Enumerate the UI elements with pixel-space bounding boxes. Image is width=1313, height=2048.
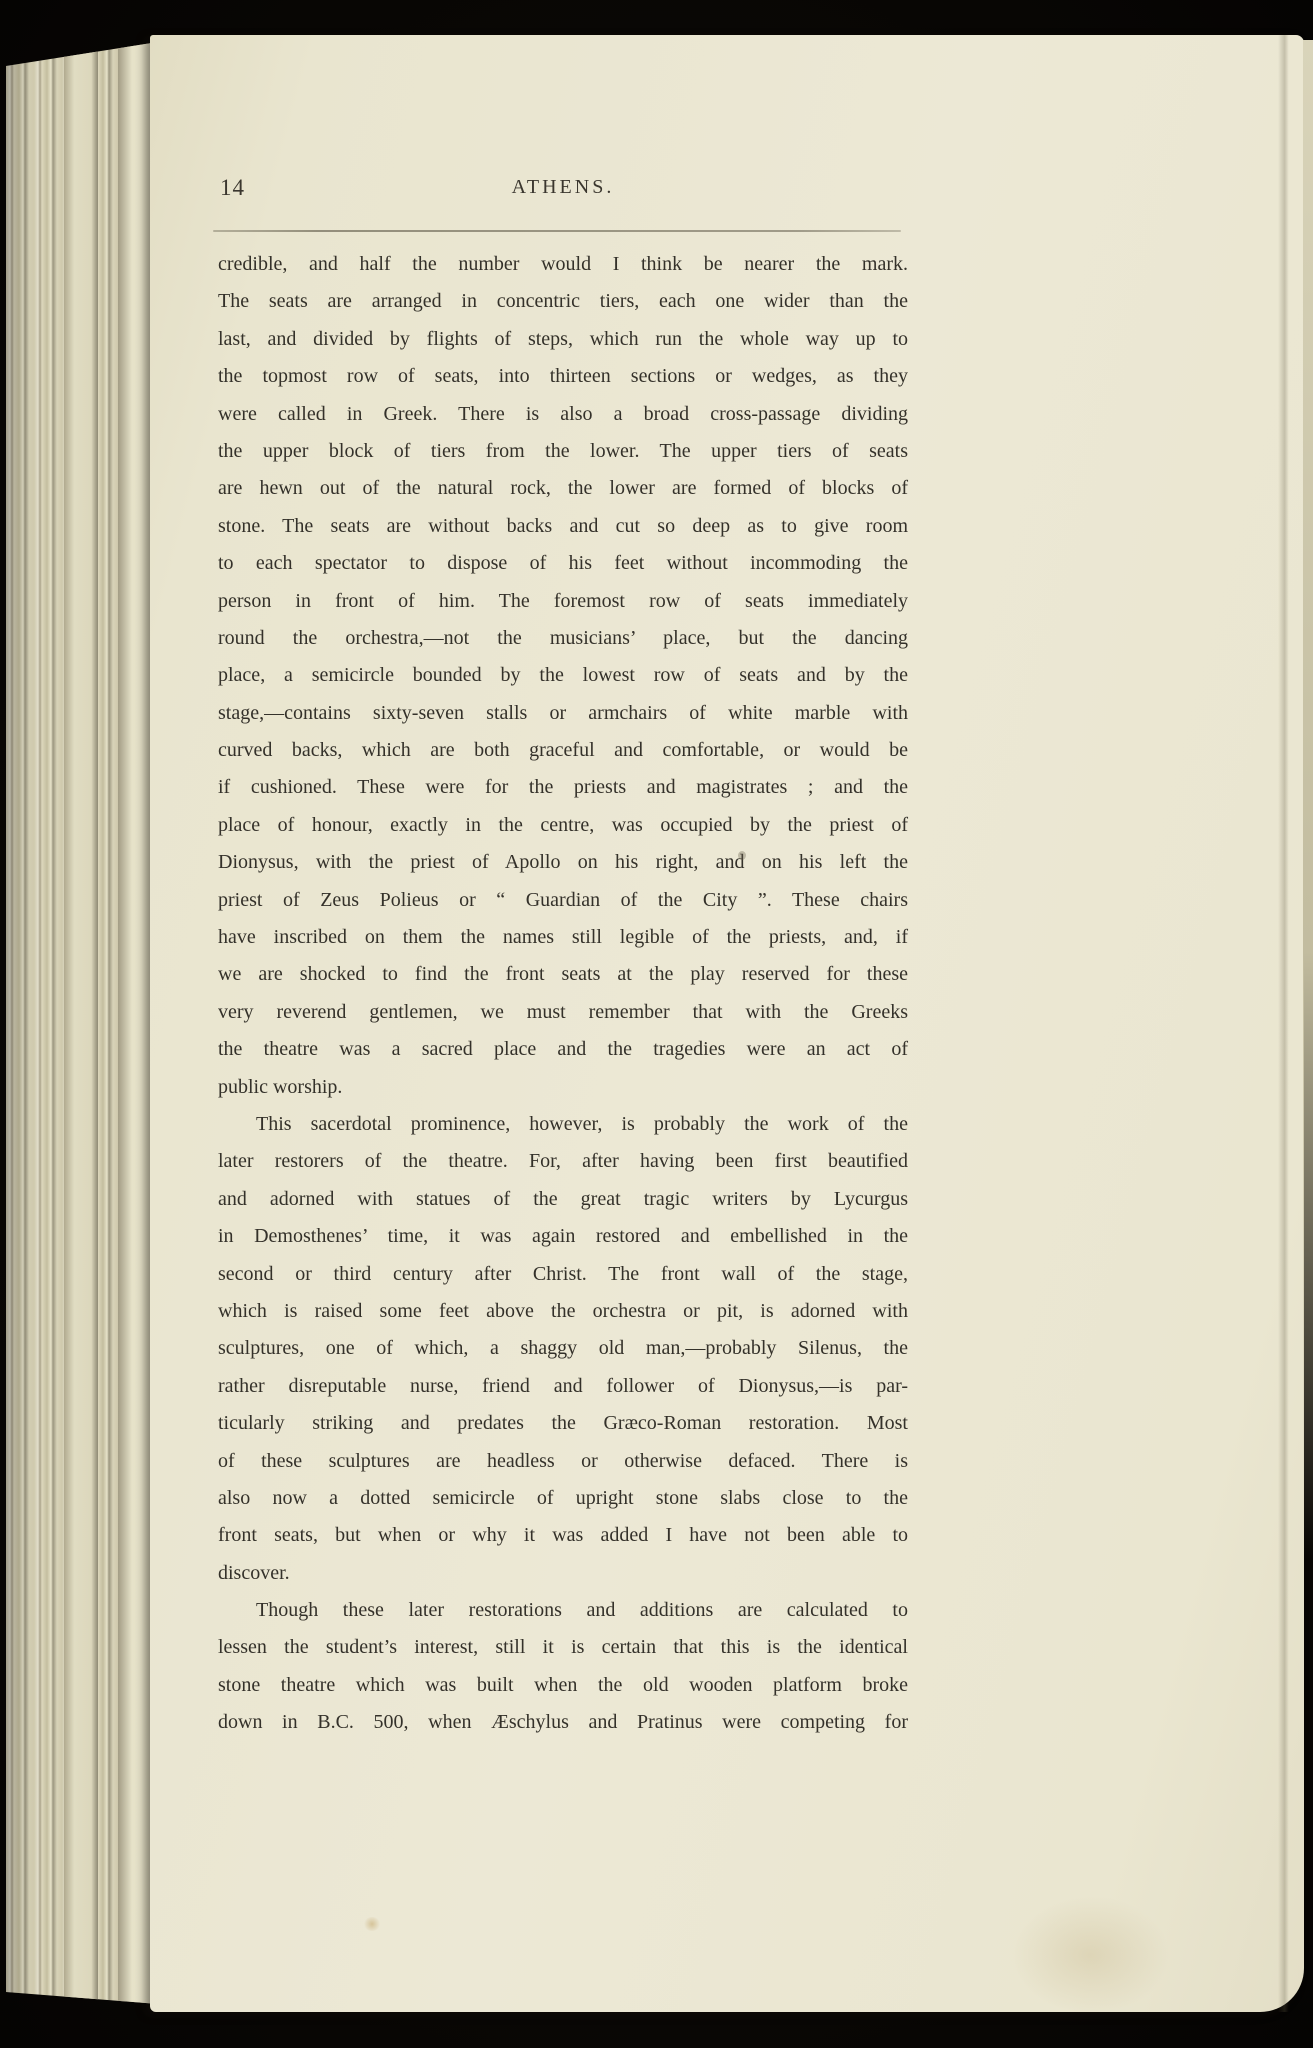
text-line: also now a dotted semicircle of upright …: [218, 1480, 908, 1517]
text-line: very reverend gentlemen, we must remembe…: [218, 994, 908, 1031]
text-line: the topmost row of seats, into thirteen …: [218, 358, 908, 395]
text-line: stone theatre which was built when the o…: [218, 1667, 908, 1704]
text-line: are hewn out of the natural rock, the lo…: [218, 470, 908, 507]
text-line: place, a semicircle bounded by the lowes…: [218, 657, 908, 694]
text-line: Dionysus, with the priest of Apollo on h…: [218, 844, 908, 881]
text-line: if cushioned. These were for the priests…: [218, 769, 908, 806]
text-line: last, and divided by flights of steps, w…: [218, 321, 908, 358]
text-line: credible, and half the number would I th…: [218, 246, 908, 283]
text-line: lessen the student’s interest, still it …: [218, 1629, 908, 1666]
text-line: we are shocked to find the front seats a…: [218, 956, 908, 993]
text-line: the upper block of tiers from the lower.…: [218, 433, 908, 470]
scan-background: 14 ATHENS. credible, and half the number…: [0, 0, 1313, 2048]
header-rule: [213, 230, 901, 232]
text-line: and adorned with statues of the great tr…: [218, 1181, 908, 1218]
text-line: discover.: [218, 1555, 908, 1592]
text-line: in Demosthenes’ time, it was again resto…: [218, 1218, 908, 1255]
text-line: down in B.C. 500, when Æschylus and Prat…: [218, 1704, 908, 1741]
text-line: rather disreputable nurse, friend and fo…: [218, 1368, 908, 1405]
text-line: the theatre was a sacred place and the t…: [218, 1031, 908, 1068]
page-header: 14 ATHENS.: [218, 175, 908, 209]
text-line: were called in Greek. There is also a br…: [218, 396, 908, 433]
text-line: Though these later restorations and addi…: [218, 1592, 908, 1629]
text-line: stone. The seats are without backs and c…: [218, 508, 908, 545]
text-line: sculptures, one of which, a shaggy old m…: [218, 1330, 908, 1367]
text-line: public worship.: [218, 1069, 908, 1106]
text-line: priest of Zeus Polieus or “ Guardian of …: [218, 882, 908, 919]
book-page: 14 ATHENS. credible, and half the number…: [150, 35, 1304, 2012]
text-line: stage,—contains sixty-seven stalls or ar…: [218, 695, 908, 732]
text-line: have inscribed on them the names still l…: [218, 919, 908, 956]
text-line: to each spectator to dispose of his feet…: [218, 545, 908, 582]
page-edge-band: [64, 42, 98, 2008]
text-line: of these sculptures are headless or othe…: [218, 1443, 908, 1480]
text-block: credible, and half the number would I th…: [218, 246, 908, 1742]
text-line: which is raised some feet above the orch…: [218, 1293, 908, 1330]
page-stain: [364, 1917, 380, 1931]
running-head: ATHENS.: [218, 176, 908, 199]
page-crease: [1278, 35, 1290, 2012]
text-line: This sacerdotal prominence, however, is …: [218, 1106, 908, 1143]
text-line: front seats, but when or why it was adde…: [218, 1517, 908, 1554]
page-edge-stack: [6, 42, 158, 2008]
text-line: The seats are arranged in concentric tie…: [218, 283, 908, 320]
right-page-sliver: [1303, 40, 1313, 1560]
text-line: later restorers of the theatre. For, aft…: [218, 1143, 908, 1180]
text-line: round the orchestra,—not the musicians’ …: [218, 620, 908, 657]
text-line: second or third century after Christ. Th…: [218, 1256, 908, 1293]
page-stain: [1010, 1895, 1170, 2015]
text-line: place of honour, exactly in the centre, …: [218, 807, 908, 844]
text-line: curved backs, which are both graceful an…: [218, 732, 908, 769]
text-line: ticularly striking and predates the Græc…: [218, 1405, 908, 1442]
text-line: person in front of him. The foremost row…: [218, 583, 908, 620]
